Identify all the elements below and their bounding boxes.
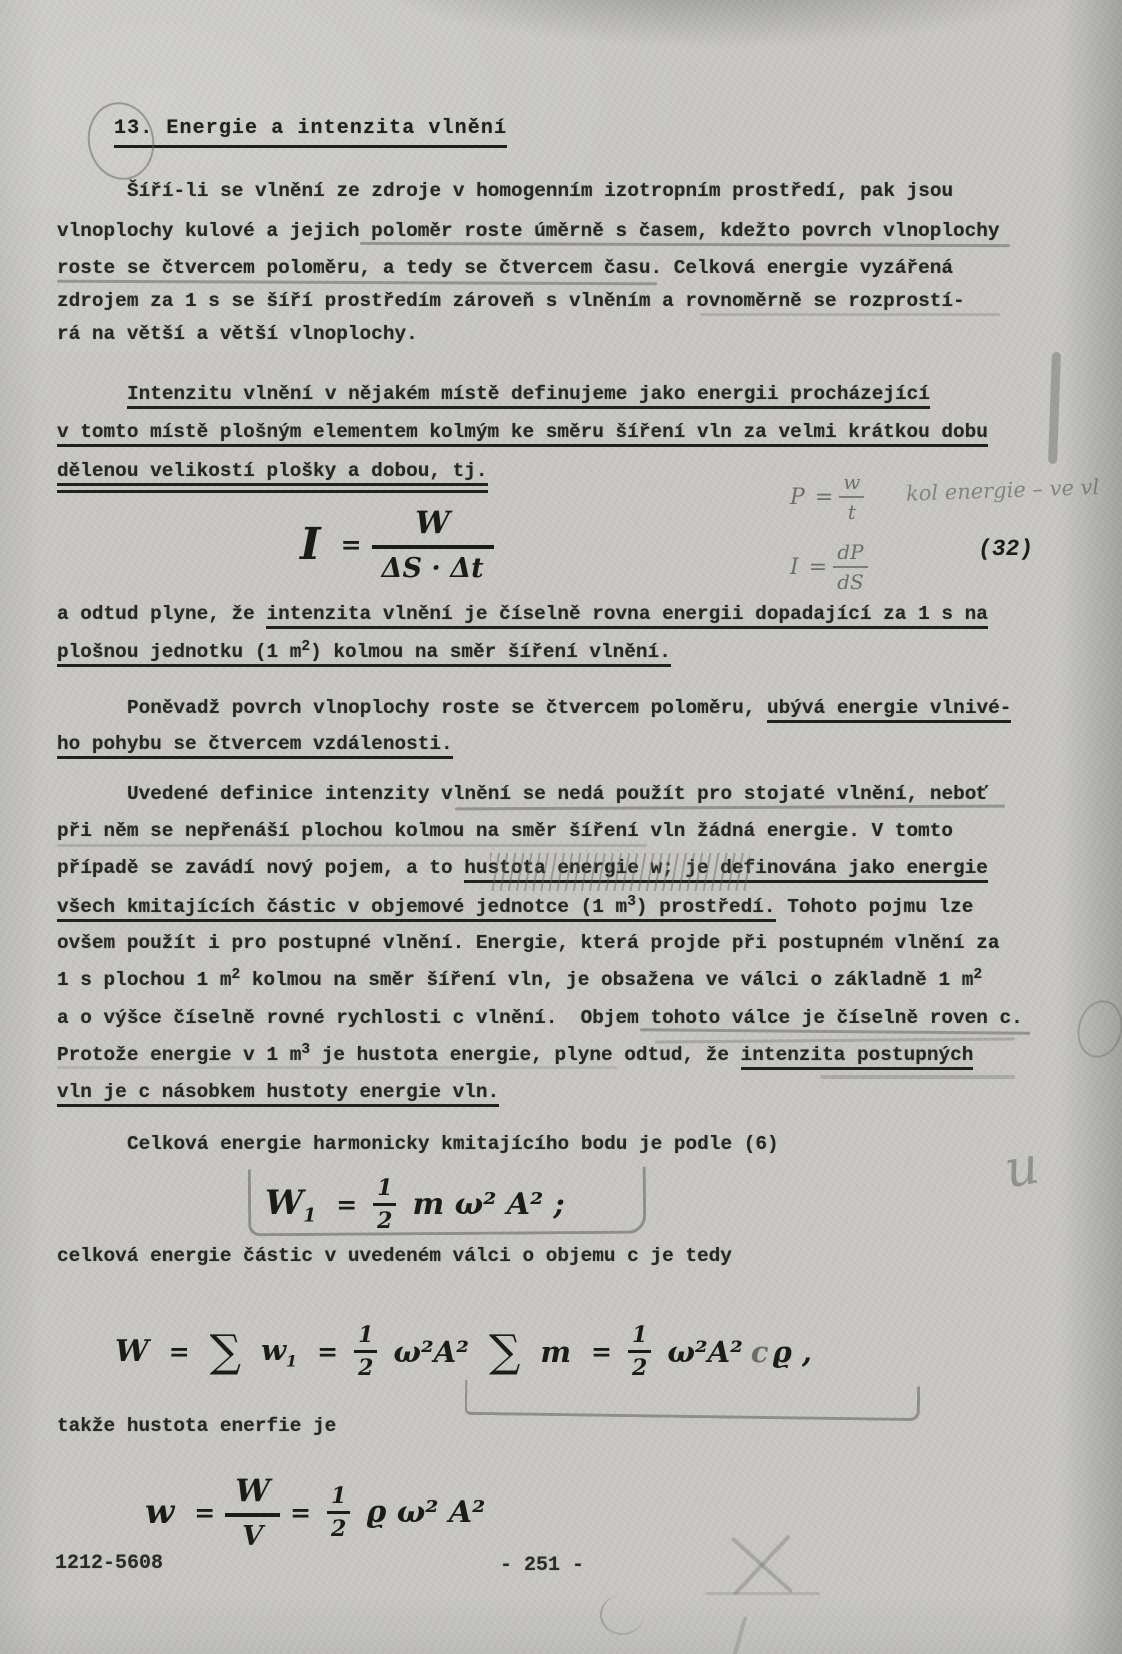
typed-text-segment: kolmou na směr šíření vln, je obsažena v… (240, 969, 973, 991)
pencil-curve-mark (600, 1595, 644, 1635)
text-line: zdrojem za 1 s se šíří prostředím zárove… (57, 290, 965, 312)
typed-text-segment: všech kmitajících částic v objemové jedn… (57, 896, 627, 918)
equals-sign: = (809, 555, 827, 580)
typed-text-segment: 2 (232, 967, 241, 983)
fraction-bar (833, 566, 868, 568)
typed-text-segment: dělenou velikostí plošky a dobou, tj. (57, 460, 488, 482)
typed-text-segment: 3 (301, 1042, 310, 1058)
equals-sign: = (290, 1498, 311, 1527)
underlined-phrase: intenzita postupných (741, 1044, 974, 1070)
typed-text-segment: Intenzitu vlnění v nějakém místě definuj… (127, 383, 930, 405)
underlined-phrase: v tomto místě plošným elementem kolmým k… (57, 421, 988, 447)
typed-text-segment: intenzita vlnění je číselně rovna energi… (266, 603, 987, 625)
text-line: plošnou jednotku (1 m2) kolmou na směr š… (57, 641, 671, 667)
omega-amplitude-term: ω²A² (393, 1335, 469, 1369)
typed-text-segment: Celková energie harmonicky kmitajícího b… (127, 1133, 779, 1155)
equals-sign: = (194, 1498, 215, 1527)
typed-text-segment: Poněvadž povrch vlnoplochy roste se čtve… (127, 697, 767, 719)
page-number: - 251 - (500, 1554, 584, 1577)
text-line: 1 s plochou 1 m2 kolmou na směr šíření v… (57, 969, 982, 991)
fraction-numerator: 1 (358, 1322, 373, 1348)
omega-amplitude-term: ω²A² (667, 1335, 743, 1369)
underlined-phrase: všech kmitajících částic v objemové jedn… (57, 896, 776, 922)
text-line: Celková energie harmonicky kmitajícího b… (127, 1133, 779, 1155)
text-line: v tomto místě plošným elementem kolmým k… (57, 421, 988, 447)
equals-sign: = (169, 1337, 190, 1366)
typed-text-segment: 2 (301, 639, 310, 655)
text-line: ovšem použít i pro postupné vlnění. Ener… (57, 932, 1000, 954)
text-line: dělenou velikostí plošky a dobou, tj. (57, 460, 488, 493)
fraction-numerator: w (843, 470, 860, 494)
typed-text-segment: rá na větší a větší vlnoplochy. (57, 323, 418, 345)
typed-text-segment: Uvedené definice intenzity vlnění se ned… (127, 783, 988, 805)
typed-text-segment: ovšem použít i pro postupné vlnění. Ener… (57, 932, 1000, 954)
typed-text-segment: ) prostředí. (636, 896, 776, 918)
typed-text-segment: Šíří-li se vlnění ze zdroje v homogenním… (127, 180, 953, 202)
typed-text-segment: a odtud plyne, že (57, 603, 266, 625)
fraction-numerator: 1 (632, 1322, 647, 1348)
sum-symbol: ∑ (489, 1326, 520, 1377)
typed-text-segment: vlnoplochy kulové a jejich poloměr roste… (57, 220, 1000, 242)
document-number: 1212-5608 (55, 1552, 163, 1575)
typed-text-segment: je hustota energie, plyne odtud, že (310, 1044, 741, 1066)
typed-text-segment: takže hustota enerfie je (57, 1415, 336, 1437)
pencil-bracket (465, 1380, 920, 1421)
fraction-bar (354, 1350, 377, 1353)
fraction-denominator: 2 (358, 1355, 373, 1381)
w1-term: w1 (261, 1333, 297, 1370)
typed-text-segment: vln je c násobkem hustoty energie vln. (57, 1081, 499, 1103)
text-line: Poněvadž povrch vlnoplochy roste se čtve… (127, 697, 1011, 723)
text-line: vlnoplochy kulové a jejich poloměr roste… (57, 220, 1000, 242)
typed-text-segment: intenzita postupných (741, 1044, 974, 1066)
fraction-denominator: ΔS · Δt (382, 553, 484, 584)
formula-total-energy: W = ∑ w1 = 1 2 ω²A² ∑ m = 1 2 ω²A² c ϱ , (115, 1322, 832, 1381)
underlined-phrase: intenzita vlnění je číselně rovna energi… (266, 603, 987, 629)
underlined-phrase: dělenou velikostí plošky a dobou, tj. (57, 460, 488, 493)
typed-text-segment: zdrojem za 1 s se šíří prostředím zárove… (57, 290, 965, 312)
typed-text-segment: roste se čtvercem poloměru, a tedy se čt… (57, 257, 953, 279)
fraction-denominator: t (848, 500, 856, 524)
sum-symbol: ∑ (210, 1326, 241, 1377)
subscript-1: 1 (286, 1351, 297, 1370)
pencil-underline (57, 844, 647, 847)
pencil-hatching-over-hustota-energie (490, 853, 750, 891)
underlined-phrase: vln je c násobkem hustoty energie vln. (57, 1081, 499, 1107)
fraction-denominator: V (242, 1521, 263, 1552)
pencil-c-symbol: c (751, 1335, 769, 1369)
scanned-document-page: 13. Energie a intenzita vlnění Šíří-li s… (0, 0, 1122, 1654)
formula-rhs: ϱ ω² A² (366, 1495, 485, 1530)
fraction: dP dS (837, 540, 864, 594)
text-line: rá na větší a větší vlnoplochy. (57, 323, 418, 345)
mass-term: m (540, 1335, 571, 1369)
pencil-bracket (248, 1167, 646, 1237)
typed-text-segment: v tomto místě plošným elementem kolmým k… (57, 421, 988, 443)
text-line: všech kmitajících částic v objemové jedn… (57, 896, 973, 922)
fraction-one-half: 1 2 (358, 1322, 373, 1381)
fraction-bar (327, 1511, 350, 1514)
typed-text-segment: 3 (627, 894, 636, 910)
underlined-phrase: ubývá energie vlnivé- (767, 697, 1011, 723)
fraction-denominator: 2 (331, 1516, 346, 1542)
typed-text-segment: Tohoto pojmu lze (776, 896, 974, 918)
w-symbol: w (261, 1333, 286, 1367)
text-line: ho pohybu se čtvercem vzdálenosti. (57, 733, 453, 759)
typed-text-segment: 2 (973, 967, 982, 983)
typed-text-segment: celková energie částic v uvedeném válci … (57, 1245, 732, 1267)
text-line: při něm se nepřenáší plochou kolmou na s… (57, 820, 953, 842)
formula-energy-density: w = W V = 1 2 ϱ ω² A² (145, 1473, 505, 1552)
equals-sign: = (341, 530, 362, 559)
fraction-numerator: dP (837, 540, 863, 564)
typed-text-segment: plošnou jednotku (1 m (57, 641, 301, 663)
formula-intensity-lhs: I (300, 519, 321, 570)
text-line: takže hustota enerfie je (57, 1415, 336, 1437)
text-line: roste se čtvercem poloměru, a tedy se čt… (57, 257, 953, 279)
text-line: celková energie částic v uvedeném válci … (57, 1245, 732, 1267)
text-line: vln je c násobkem hustoty energie vln. (57, 1081, 499, 1107)
equals-sign: = (317, 1337, 338, 1366)
typed-text-segment: a o výšce číselně rovné rychlosti c vlně… (57, 1007, 1023, 1029)
fraction-denominator: 2 (632, 1355, 647, 1381)
equation-number: (32) (976, 536, 1035, 562)
equals-sign: = (815, 485, 833, 510)
typed-text-segment: 1 s plochou 1 m (57, 969, 232, 991)
typed-text-segment: Protože energie v 1 m (57, 1044, 301, 1066)
text-line: Šíří-li se vlnění ze zdroje v homogenním… (127, 180, 953, 202)
pencil-formula-power: P = w t (790, 470, 870, 524)
fraction: W ΔS · Δt (382, 505, 484, 584)
pencil-underline (820, 1075, 1015, 1079)
fraction-bar (839, 496, 864, 498)
fraction-denominator: dS (837, 570, 864, 594)
pencil-formula-intensity: I = dP dS (790, 540, 874, 594)
fraction-bar (225, 1513, 280, 1517)
typed-text-segment: ) kolmou na směr šíření vlnění. (310, 641, 671, 663)
underlined-phrase: plošnou jednotku (1 m2) kolmou na směr š… (57, 641, 671, 667)
fraction-bar (628, 1350, 651, 1353)
fraction-numerator: W (415, 505, 450, 541)
pencil-underline (700, 313, 1000, 316)
text-line: Intenzitu vlnění v nějakém místě definuj… (127, 383, 930, 409)
underlined-phrase: ho pohybu se čtvercem vzdálenosti. (57, 733, 453, 759)
text-line: a o výšce číselně rovné rychlosti c vlně… (57, 1007, 1023, 1029)
rho-term: ϱ , (773, 1335, 812, 1369)
text-line: Uvedené definice intenzity vlnění se ned… (127, 783, 988, 805)
fraction-bar (372, 545, 494, 549)
fraction: W V (235, 1473, 270, 1552)
typed-text-segment: ho pohybu se čtvercem vzdálenosti. (57, 733, 453, 755)
w-symbol: W (115, 1334, 149, 1369)
equals-sign: = (591, 1337, 612, 1366)
pencil-power-lhs: P (790, 485, 805, 510)
text-line: a odtud plyne, že intenzita vlnění je čí… (57, 603, 988, 629)
fraction: w t (843, 470, 860, 524)
pencil-underline (705, 1592, 820, 1595)
typed-text-segment: při něm se nepřenáší plochou kolmou na s… (57, 820, 953, 842)
fraction-numerator: W (235, 1473, 270, 1509)
w-symbol: w (145, 1492, 174, 1532)
fraction-numerator: 1 (331, 1483, 346, 1509)
pencil-underline (57, 1066, 617, 1069)
typed-text-segment: ubývá energie vlnivé- (767, 697, 1011, 719)
fraction-one-half: 1 2 (632, 1322, 647, 1381)
underlined-phrase: Intenzitu vlnění v nějakém místě definuj… (127, 383, 930, 409)
formula-intensity: I = W ΔS · Δt (300, 505, 504, 584)
typed-text-segment: případě se zavádí nový pojem, a to (57, 857, 464, 879)
fraction-one-half: 1 2 (331, 1483, 346, 1542)
pencil-intensity-lhs: I (790, 555, 799, 580)
